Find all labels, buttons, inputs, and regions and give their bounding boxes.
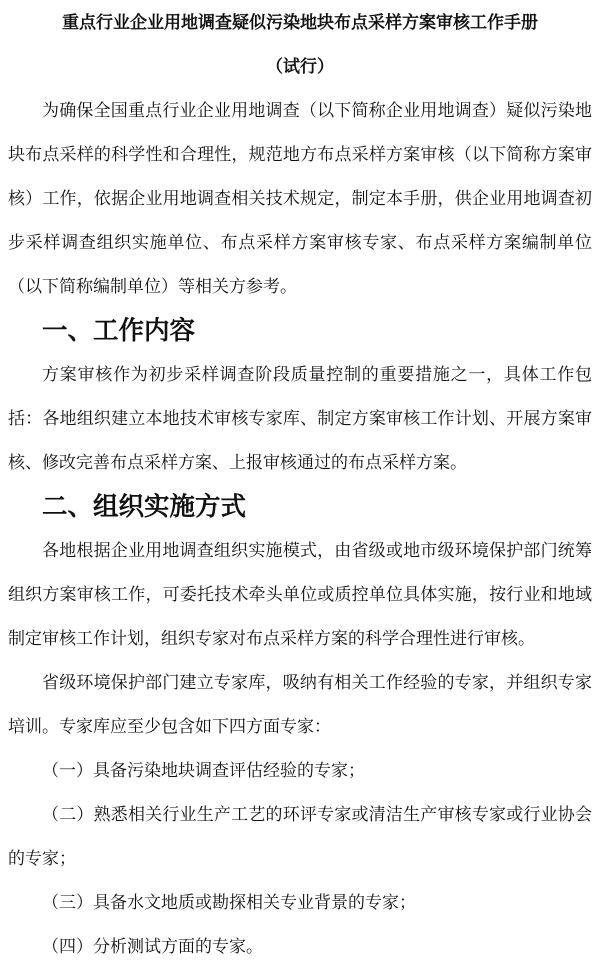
expert-list-item-3: （三）具备水文地质或勘探相关专业背景的专家； [8,881,592,925]
section-2-paragraph-1: 各地根据企业用地调查组织实施模式，由省级或地市级环境保护部门统筹组织方案审核工作… [8,529,592,661]
document-page: 重点行业企业用地调查疑似污染地块布点采样方案审核工作手册 （试行） 为确保全国重… [0,0,600,969]
section-2-heading: 二、组织实施方式 [8,485,592,529]
document-subtitle: （试行） [8,45,592,89]
section-1-paragraph: 方案审核作为初步采样调查阶段质量控制的重要措施之一，具体工作包括：各地组织建立本… [8,353,592,485]
expert-list-item-1: （一）具备污染地块调查评估经验的专家； [8,749,592,793]
expert-list-item-4: （四）分析测试方面的专家。 [8,925,592,969]
section-2-paragraph-2: 省级环境保护部门建立专家库，吸纳有相关工作经验的专家，并组织专家培训。专家库应至… [8,661,592,749]
document-title: 重点行业企业用地调查疑似污染地块布点采样方案审核工作手册 [8,1,592,45]
expert-list-item-2: （二）熟悉相关行业生产工艺的环评专家或清洁生产审核专家或行业协会的专家； [8,793,592,881]
intro-paragraph: 为确保全国重点行业企业用地调查（以下简称企业用地调查）疑似污染地块布点采样的科学… [8,89,592,309]
section-1-heading: 一、工作内容 [8,309,592,353]
